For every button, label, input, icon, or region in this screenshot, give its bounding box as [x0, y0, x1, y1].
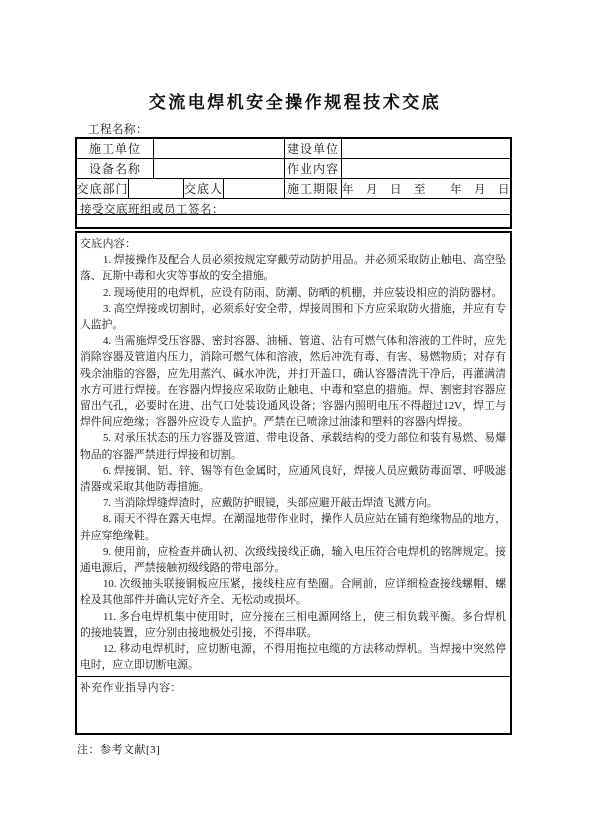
- table-row: 施工单位 建设单位: [77, 139, 510, 159]
- discloser-value: [224, 179, 285, 198]
- equipment-name-value: [154, 159, 285, 178]
- discloser-label: 交底人: [184, 179, 224, 198]
- client-unit-label: 建设单位: [285, 139, 342, 158]
- content-item: 11. 多台电焊机集中使用时，应分接在三相电源网络上，使三相负载平衡。多台焊机的…: [80, 609, 506, 641]
- construction-period-label: 施工期限: [285, 179, 342, 198]
- content-item: 3. 高空焊接或切割时，必须系好安全带，焊接周围和下方应采取防火措施，并应有专人…: [80, 301, 506, 333]
- table-row: 接受交底班组或员工签名：: [77, 199, 510, 215]
- equipment-name-label: 设备名称: [77, 159, 154, 178]
- disclosure-content-cell: 交底内容： 1. 焊接操作及配合人员必须按规定穿戴劳动防护用品。并必须采取防止触…: [77, 233, 510, 677]
- construction-period-value: 年 月 日 至 年 月 日: [342, 179, 510, 198]
- reference-note: 注：参考文献[3]: [77, 741, 160, 757]
- disclosure-content-label: 交底内容：: [80, 236, 506, 252]
- supplement-label: 补充作业指导内容：: [80, 682, 182, 694]
- content-item: 9. 使用前，应检查并确认初、次级线接线正确，输入电压符合电焊机的铭牌规定。接通…: [80, 544, 506, 576]
- content-item: 1. 焊接操作及配合人员必须按规定穿戴劳动防护用品。并必须采取防止触电、高空坠落…: [80, 252, 506, 284]
- document-page: 交流电焊机安全操作规程技术交底 工程名称： 施工单位 建设单位 设备名称 作业内…: [0, 0, 590, 835]
- signature-blank-area: [77, 215, 510, 227]
- content-item: 8. 雨天不得在露天电焊。在潮湿地带作业时，操作人员应站在铺有绝缘物品的地方，并…: [80, 511, 506, 543]
- client-unit-value: [342, 139, 510, 158]
- table-row: [77, 215, 510, 227]
- table-row: 设备名称 作业内容: [77, 159, 510, 179]
- content-item: 2. 现场使用的电焊机，应设有防雨、防潮、防晒的机棚，并应装设相应的消防器材。: [80, 285, 506, 301]
- construction-unit-value: [154, 139, 285, 158]
- content-item: 12. 移动电焊机时，应切断电源，不得用拖拉电缆的方法移动焊机。当焊接中突然停电…: [80, 641, 506, 673]
- content-item: 4. 当需施焊受压容器、密封容器、油桶、管道、沾有可燃气体和溶液的工件时，应先消…: [80, 333, 506, 430]
- content-table: 交底内容： 1. 焊接操作及配合人员必须按规定穿戴劳动防护用品。并必须采取防止触…: [75, 231, 512, 735]
- disclosure-department-value: [129, 179, 184, 198]
- construction-unit-label: 施工单位: [77, 139, 154, 158]
- signature-label: 接受交底班组或员工签名：: [77, 199, 510, 214]
- info-table: 施工单位 建设单位 设备名称 作业内容 交底部门 交底人 施工期限 年 月 日 …: [75, 137, 512, 229]
- work-content-label: 作业内容: [285, 159, 342, 178]
- content-item: 6. 焊接铜、铝、锌、锡等有色金属时，应通风良好，焊接人员应戴防毒面罩、呼吸滤清…: [80, 463, 506, 495]
- project-name-label: 工程名称：: [88, 121, 148, 137]
- disclosure-department-label: 交底部门: [77, 179, 129, 198]
- work-content-value: [342, 159, 510, 178]
- page-title: 交流电焊机安全操作规程技术交底: [0, 88, 590, 113]
- content-item: 10. 次级抽头联接铜板应压紧，接线柱应有垫圈。合闸前，应详细检查接线螺帽、螺栓…: [80, 576, 506, 608]
- content-item: 7. 当消除焊缝焊渣时，应戴防护眼镜，头部应避开敲击焊渣飞溅方向。: [80, 495, 506, 511]
- table-row: 交底部门 交底人 施工期限 年 月 日 至 年 月 日: [77, 179, 510, 199]
- content-item: 5. 对承压状态的压力容器及管道、带电设备、承载结构的受力部位和装有易燃、易爆物…: [80, 430, 506, 462]
- supplement-cell: 补充作业指导内容：: [77, 677, 510, 733]
